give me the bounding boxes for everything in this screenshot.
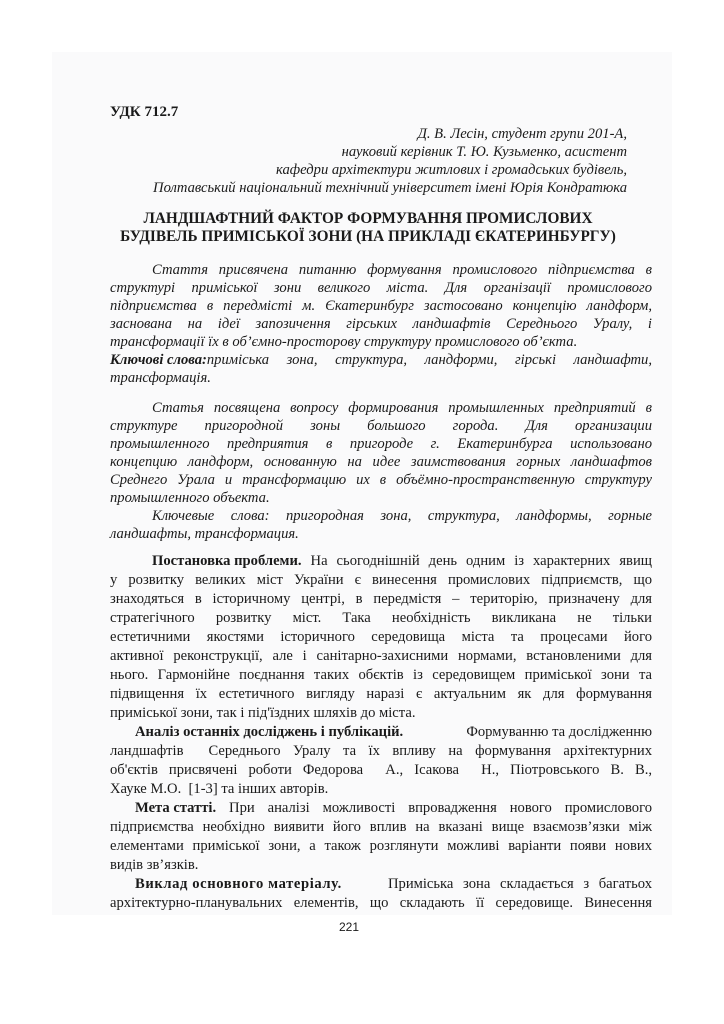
body-line: підвищення їх естетичного вигляду наразі…	[110, 686, 652, 703]
body-line: приміської зони, так і під'їздних шляхів…	[110, 705, 652, 722]
problem-first-line: Постановка проблеми. На сьогоднішній ден…	[152, 553, 652, 570]
abstract-ru-line: концепцию ландформ, основанную на идее з…	[110, 454, 652, 471]
article-title-line-1: ЛАНДШАФТНИЙ ФАКТОР ФОРМУВАННЯ ПРОМИСЛОВИ…	[97, 210, 639, 227]
keywords-ua-text: приміська зона, структура, ландформи, гі…	[207, 352, 652, 369]
body-line: архітектурно-планувальних елементів, що …	[110, 895, 652, 912]
author-line: Д. В. Лесін, студент групи 201-А,	[85, 126, 627, 143]
body-line: активної реконструкції, але і санітарно-…	[110, 648, 652, 665]
abstract-ua-line: заснована на ідеї запозичення гірських л…	[110, 316, 652, 333]
abstract-ru-line: Среднего Урала и трансформацию их в объё…	[110, 472, 652, 489]
section-heading: Аналіз останніх досліджень і публікацій.	[135, 724, 403, 741]
abstract-ua-line: Стаття присвячена питанню формування про…	[152, 262, 652, 279]
section-heading: Мета статті.	[135, 800, 216, 817]
department-line: кафедри архітектури житлових і громадськ…	[85, 162, 627, 179]
body-line: знаходяться в історичному центрі, в пере…	[110, 591, 652, 608]
body-line: естетичними якостями історичного середов…	[110, 629, 652, 646]
abstract-ru-line: промышленного предприятия в пригороде г.…	[110, 436, 652, 453]
body-line: підприємства необхідно виявити його впли…	[110, 819, 652, 836]
analysis-first-line: Аналіз останніх досліджень і публікацій.…	[135, 724, 652, 741]
body-line: нього. Гармонійне поєднання таких обєкті…	[110, 667, 652, 684]
abstract-ru-line: структуре пригородной зоны большого горо…	[110, 418, 652, 435]
supervisor-line: науковий керівник Т. Ю. Кузьменко, асист…	[85, 144, 627, 161]
keywords-ua: Ключові слова: приміська зона, структура…	[110, 352, 652, 369]
body-line: у розвитку великих міст України є винесе…	[110, 572, 652, 589]
abstract-ru-line: Статья посвящена вопросу формирования пр…	[152, 400, 652, 417]
body-line: ландшафтів Середнього Уралу та їх впливу…	[110, 743, 652, 760]
section-heading: Постановка проблеми.	[152, 553, 302, 570]
body-line: Хауке М.О. [1-3] та інших авторів.	[110, 781, 652, 798]
keywords-ru: Ключевые слова: пригородная зона, структ…	[152, 508, 652, 525]
abstract-ru-line: промышленного объекта.	[110, 490, 652, 507]
university-line: Полтавський національний технічний уніве…	[85, 180, 627, 197]
section-heading: Виклад основного матеріалу.	[135, 876, 342, 893]
body-line: видів зв’язків.	[110, 857, 652, 874]
abstract-ua-line: підприємства в передмісті м. Єкатеринбур…	[110, 298, 652, 315]
abstract-ua-line: структурі приміської зони великого міста…	[110, 280, 652, 297]
keywords-ru-2: ландшафты, трансформация.	[110, 526, 299, 543]
goal-first-line: Мета статті. При аналізі можливості впро…	[135, 800, 652, 817]
page-number: 221	[339, 919, 359, 936]
article-title-line-2: БУДІВЕЛЬ ПРИМІСЬКОЇ ЗОНИ (НА ПРИКЛАДІ ЄК…	[97, 228, 639, 245]
abstract-ua-line: трансформації їх в об’ємно-просторову ст…	[110, 334, 652, 351]
keywords-ua-text-2: трансформація.	[110, 370, 211, 387]
keywords-ua-label: Ключові слова:	[110, 352, 207, 369]
body-line: елементами приміської зони, а також розг…	[110, 838, 652, 855]
main-first-line: Виклад основного матеріалу. Приміська зо…	[135, 876, 652, 893]
body-line: стратегічного розвитку міст. Така необхі…	[110, 610, 652, 627]
body-line: об'єктів присвячені роботи Федорова А., …	[110, 762, 652, 779]
udk-code: УДК 712.7	[110, 104, 178, 121]
